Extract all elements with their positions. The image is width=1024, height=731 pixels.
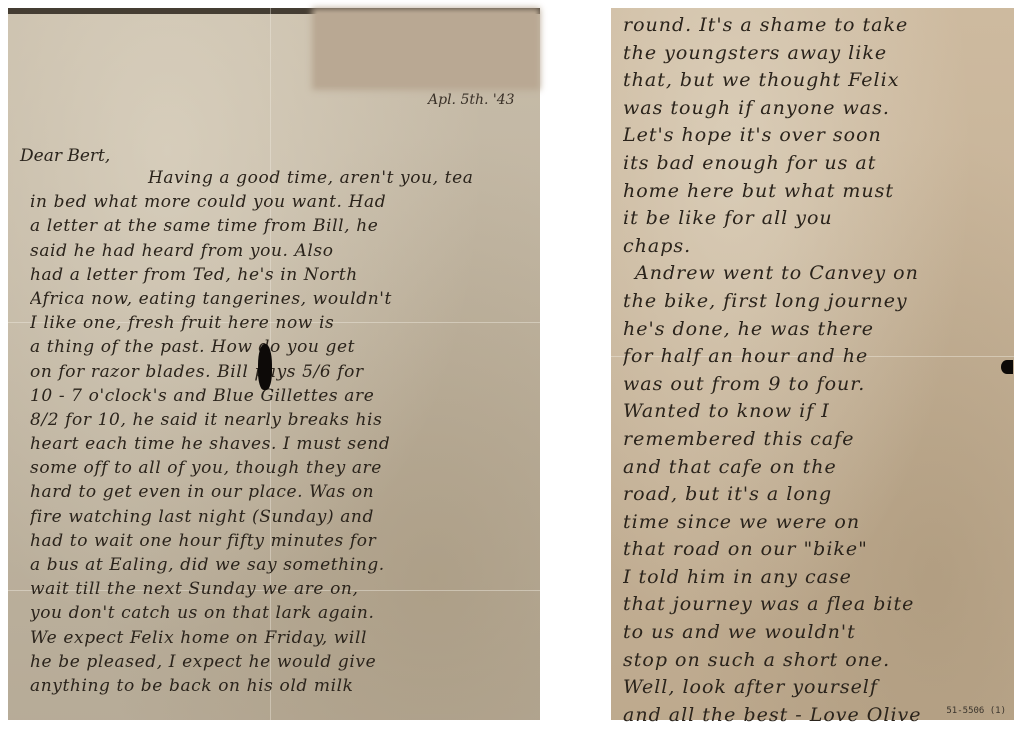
handwritten-line: for half an hour and he — [623, 343, 1008, 371]
handwritten-line: a bus at Ealing, did we say something. — [30, 553, 535, 577]
handwritten-line: a thing of the past. How do you get — [30, 335, 535, 359]
handwritten-line: he's done, he was there — [623, 316, 1008, 344]
handwritten-line: anything to be back on his old milk — [30, 674, 535, 698]
handwritten-line: road, but it's a long — [623, 481, 1008, 509]
handwritten-line: the bike, first long journey — [623, 288, 1008, 316]
handwritten-line: chaps. — [623, 233, 1008, 261]
letter-page-2: round. It's a shame to takethe youngster… — [611, 8, 1014, 720]
handwritten-line: had a letter from Ted, he's in North — [30, 263, 535, 287]
handwritten-line: he be pleased, I expect he would give — [30, 650, 535, 674]
handwritten-line: some off to all of you, though they are — [30, 456, 535, 480]
letter-date: Apl. 5th. '43 — [428, 92, 515, 108]
handwritten-line: 8/2 for 10, he said it nearly breaks his — [30, 408, 535, 432]
handwritten-line: round. It's a shame to take — [623, 12, 1008, 40]
handwritten-line: 10 - 7 o'clock's and Blue Gillettes are — [30, 384, 535, 408]
handwritten-line: Well, look after yourself — [623, 674, 1008, 702]
handwritten-line: said he had heard from you. Also — [30, 239, 535, 263]
handwritten-line: wait till the next Sunday we are on, — [30, 577, 535, 601]
handwritten-line: that journey was a flea bite — [623, 591, 1008, 619]
handwritten-line: to us and we wouldn't — [623, 619, 1008, 647]
handwritten-line: it be like for all you — [623, 205, 1008, 233]
handwritten-line: and that cafe on the — [623, 454, 1008, 482]
ink-blot-hole — [258, 344, 272, 390]
handwritten-line: on for razor blades. Bill pays 5/6 for — [30, 360, 535, 384]
handwritten-line: a letter at the same time from Bill, he — [30, 214, 535, 238]
handwritten-line: time since we were on — [623, 509, 1008, 537]
handwritten-line: was out from 9 to four. — [623, 371, 1008, 399]
letter-body: Having a good time, aren't you, teain be… — [30, 166, 535, 698]
handwritten-line: the youngsters away like — [623, 40, 1008, 68]
handwritten-line: I like one, fresh fruit here now is — [30, 311, 535, 335]
handwritten-line: home here but what must — [623, 178, 1008, 206]
handwritten-line: We expect Felix home on Friday, will — [30, 626, 535, 650]
handwritten-line: Andrew went to Canvey on — [623, 260, 1008, 288]
handwritten-line: had to wait one hour fifty minutes for — [30, 529, 535, 553]
handwritten-line: remembered this cafe — [623, 426, 1008, 454]
letter-page-1: Apl. 5th. '43 Dear Bert, Having a good t… — [8, 8, 540, 720]
ink-blot-hole — [1001, 360, 1013, 374]
handwritten-line: that road on our "bike" — [623, 536, 1008, 564]
handwritten-line: Let's hope it's over soon — [623, 122, 1008, 150]
handwritten-line: was tough if anyone was. — [623, 95, 1008, 123]
archive-reference-number: 51-5506 (1) — [946, 706, 1006, 716]
handwritten-line: heart each time he shaves. I must send — [30, 432, 535, 456]
letter-body: round. It's a shame to takethe youngster… — [623, 12, 1008, 729]
redacted-region — [316, 12, 536, 86]
handwritten-line: stop on such a short one. — [623, 647, 1008, 675]
handwritten-line: hard to get even in our place. Was on — [30, 480, 535, 504]
handwritten-line: in bed what more could you want. Had — [30, 190, 535, 214]
handwritten-line: that, but we thought Felix — [623, 67, 1008, 95]
salutation: Dear Bert, — [20, 146, 110, 166]
handwritten-line: Having a good time, aren't you, tea — [30, 166, 535, 190]
handwritten-line: Africa now, eating tangerines, wouldn't — [30, 287, 535, 311]
handwritten-line: you don't catch us on that lark again. — [30, 601, 535, 625]
handwritten-line: its bad enough for us at — [623, 150, 1008, 178]
handwritten-line: fire watching last night (Sunday) and — [30, 505, 535, 529]
handwritten-line: Wanted to know if I — [623, 398, 1008, 426]
handwritten-line: I told him in any case — [623, 564, 1008, 592]
